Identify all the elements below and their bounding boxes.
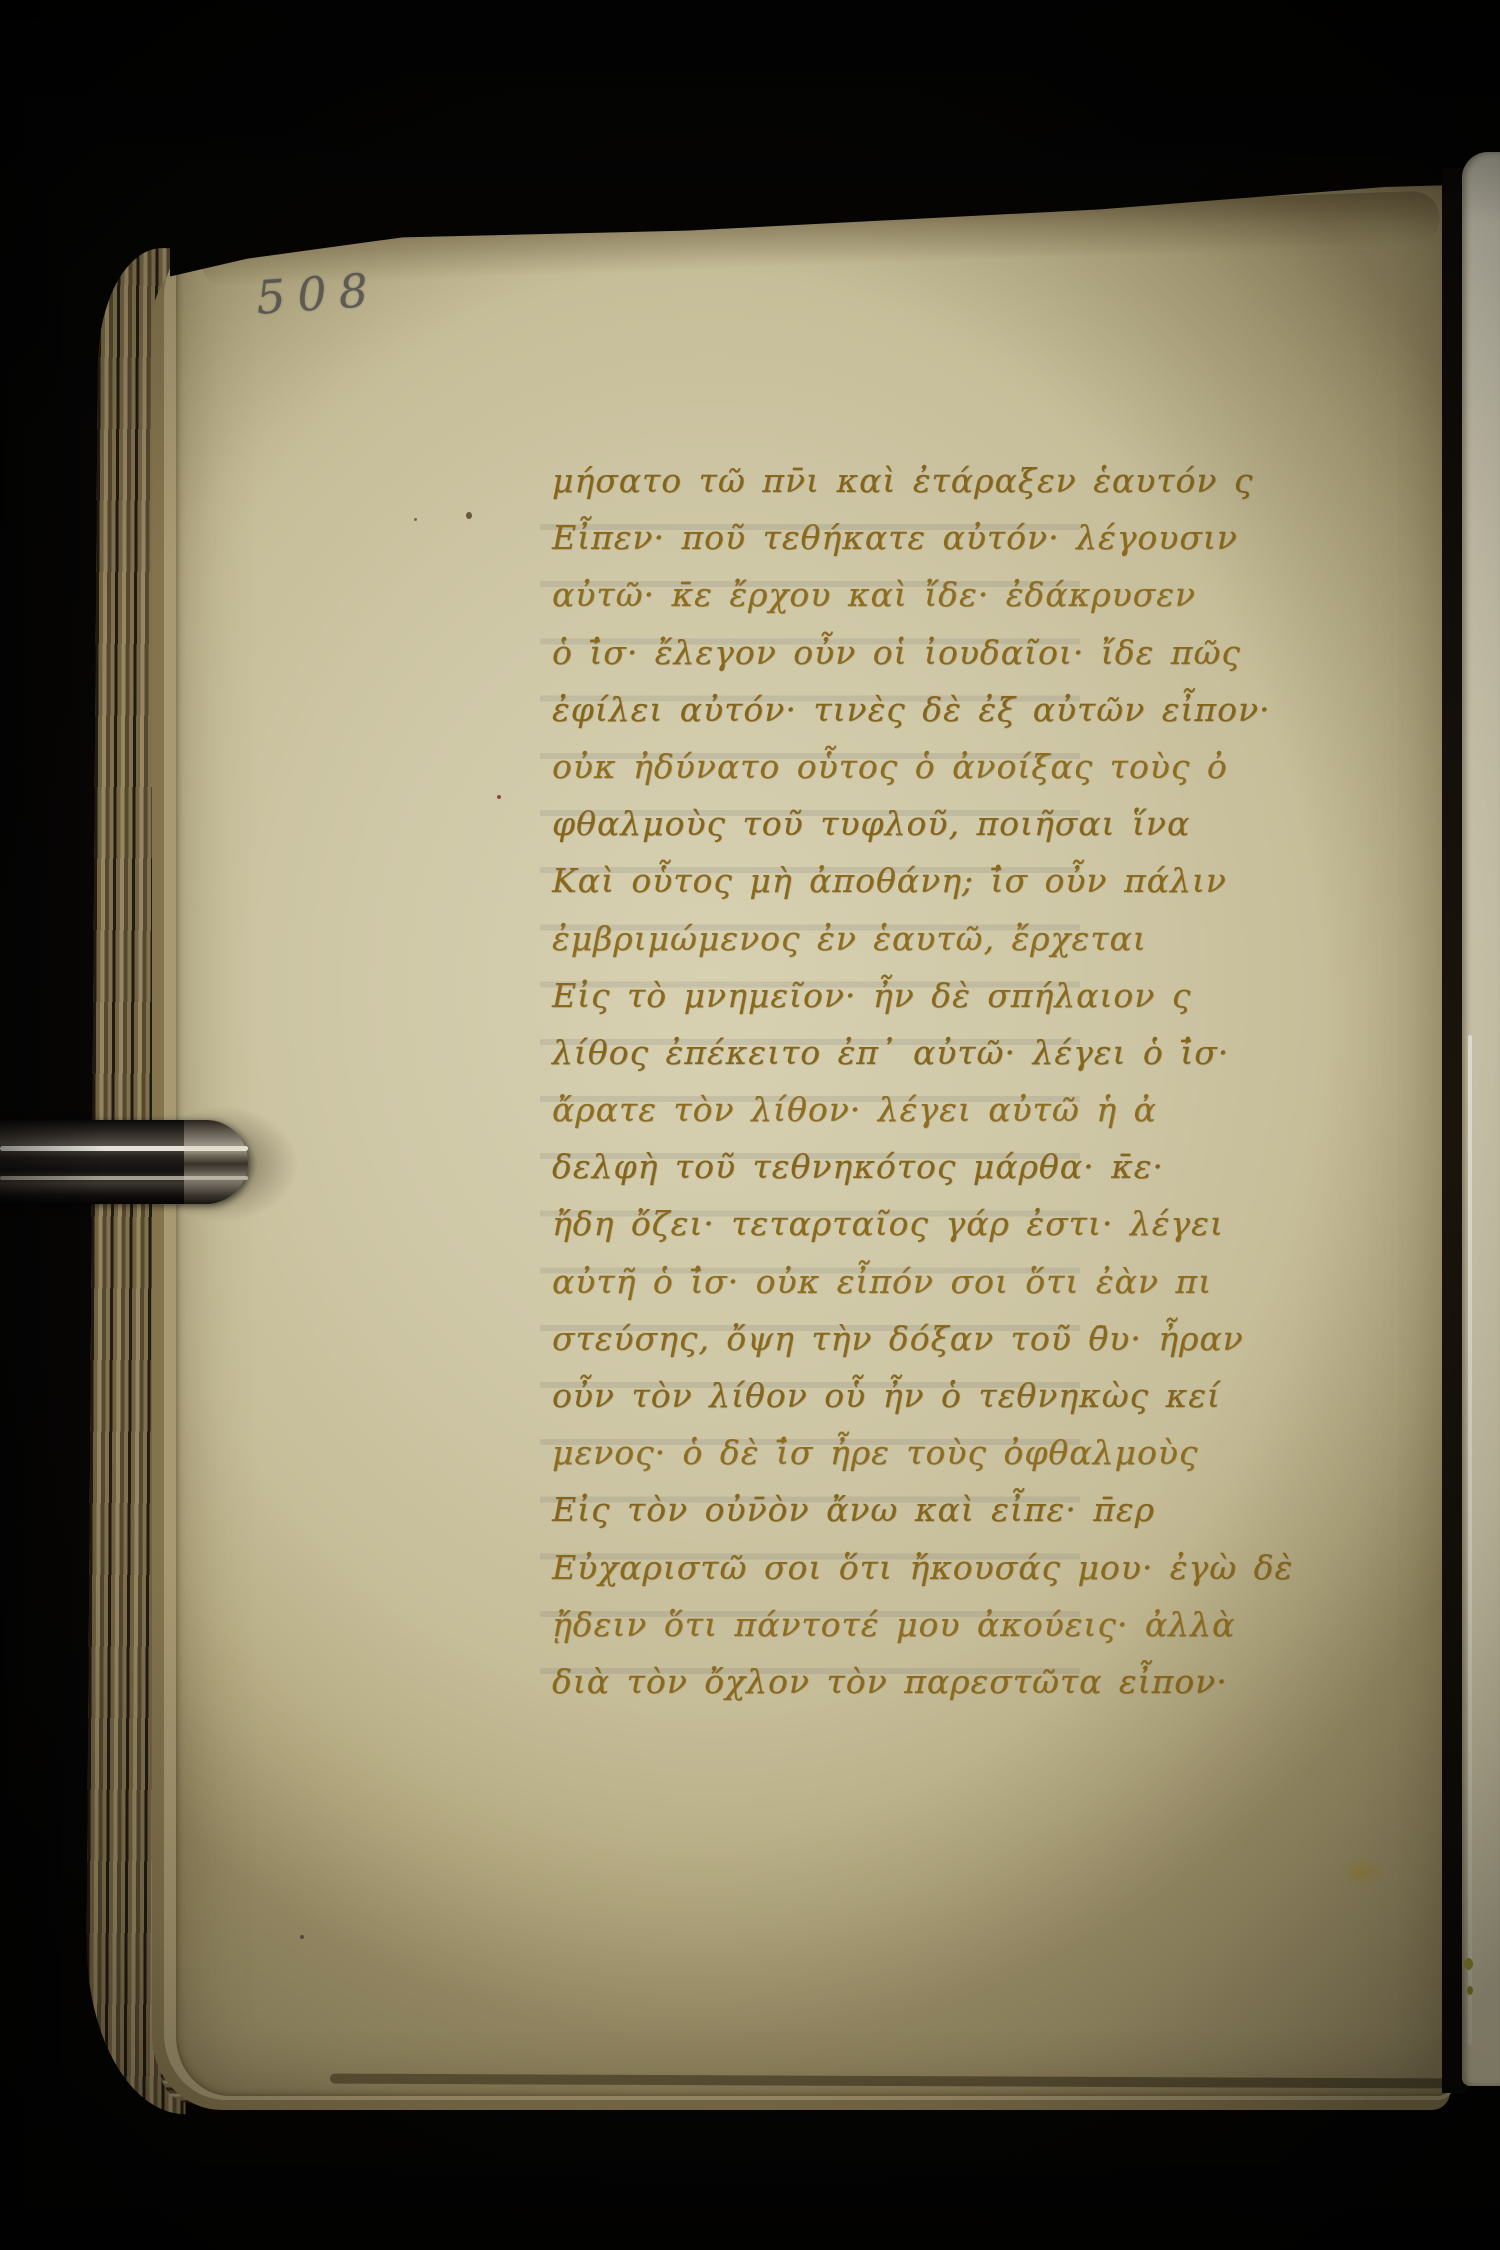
manuscript-line: Εἶπεν· ποῦ τεθήκατε αὐτόν· λέγουσιν xyxy=(552,509,1022,566)
ink-speck xyxy=(414,518,417,521)
ink-speck xyxy=(300,1935,304,1939)
manuscript-line: ἤδη ὄζει· τεταρταῖος γάρ ἐστι· λέγει xyxy=(552,1195,1022,1252)
manuscript-line: οὐκ ἠδύνατο οὗτος ὁ ἀνοίξας τοὺς ὀ xyxy=(552,738,1022,795)
facing-page-crease-highlight xyxy=(1468,1035,1472,2045)
manuscript-line: ὁ ἰ̄σ· ἔλεγον οὖν οἱ ἰουδαῖοι· ἴδε πῶς xyxy=(552,624,1022,681)
manuscript-line: Εἰς τὸν οὐν̄ὸν ἄνω καὶ εἶπε· π̄ερ xyxy=(552,1481,1022,1538)
manuscript-text-block: μήσατο τῶ πν̄ι καὶ ἐτάραξεν ἑαυτόν ς Εἶπ… xyxy=(552,452,1022,1710)
manuscript-line: μενος· ὁ δὲ ἰ̄σ ἦρε τοὺς ὀφθαλμοὺς xyxy=(552,1424,1022,1481)
manuscript-line: ἄρατε τὸν λίθον· λέγει αὐτῶ ἡ ἀ xyxy=(552,1081,1022,1138)
manuscript-line: Καὶ οὗτος μὴ ἀποθάνη; ἰ̄σ οὖν πάλιν xyxy=(552,852,1022,909)
ink-speck xyxy=(497,795,501,799)
manuscript-line: διὰ τὸν ὄχλον τὸν παρεστῶτα εἶπον· xyxy=(552,1653,1022,1710)
manuscript-line: οὖν τὸν λίθον οὗ ἦν ὁ τεθνηκὼς κεί xyxy=(552,1367,1022,1424)
manuscript-line: αὐτῆ ὁ ἰ̄σ· οὐκ εἶπόν σοι ὅτι ἐὰν πι xyxy=(552,1253,1022,1310)
manuscript-line: Εἰς τὸ μνημεῖον· ἦν δὲ σπήλαιον ς xyxy=(552,967,1022,1024)
facing-page-stain-spot xyxy=(1464,1958,1473,1970)
manuscript-line: ᾔδειν ὅτι πάντοτέ μου ἀκούεις· ἀλλὰ xyxy=(552,1596,1022,1653)
manuscript-line: φθαλμοὺς τοῦ τυφλοῦ, ποιῆσαι ἵνα xyxy=(552,795,1022,852)
parchment-stain xyxy=(1340,1856,1384,1888)
manuscript-line: αὐτῶ· κ̄ε ἔρχου καὶ ἴδε· ἐδάκρυσεν xyxy=(552,566,1022,623)
manuscript-line: Εὐχαριστῶ σοι ὅτι ἤκουσάς μου· ἐγὼ δὲ xyxy=(552,1539,1022,1596)
ink-speck xyxy=(466,512,472,519)
manuscript-line: λίθος ἐπέκειτο ἐπ᾽ αὐτῶ· λέγει ὁ ἰ̄σ· xyxy=(552,1024,1022,1081)
manuscript-line: στεύσης, ὄψη τὴν δόξαν τοῦ θ̄υ· ἦραν xyxy=(552,1310,1022,1367)
manuscript-line: ἐμβριμώμενος ἐν ἑαυτῶ, ἔρχεται xyxy=(552,910,1022,967)
manuscript-line: δελφὴ τοῦ τεθνηκότος μάρθα· κ̄ε· xyxy=(552,1138,1022,1195)
manuscript-line: μήσατο τῶ πν̄ι καὶ ἐτάραξεν ἑαυτόν ς xyxy=(552,452,1022,509)
manuscript-line: ἐφίλει αὐτόν· τινὲς δὲ ἐξ αὐτῶν εἶπον· xyxy=(552,681,1022,738)
facing-page-stain-spot xyxy=(1467,1986,1473,1995)
